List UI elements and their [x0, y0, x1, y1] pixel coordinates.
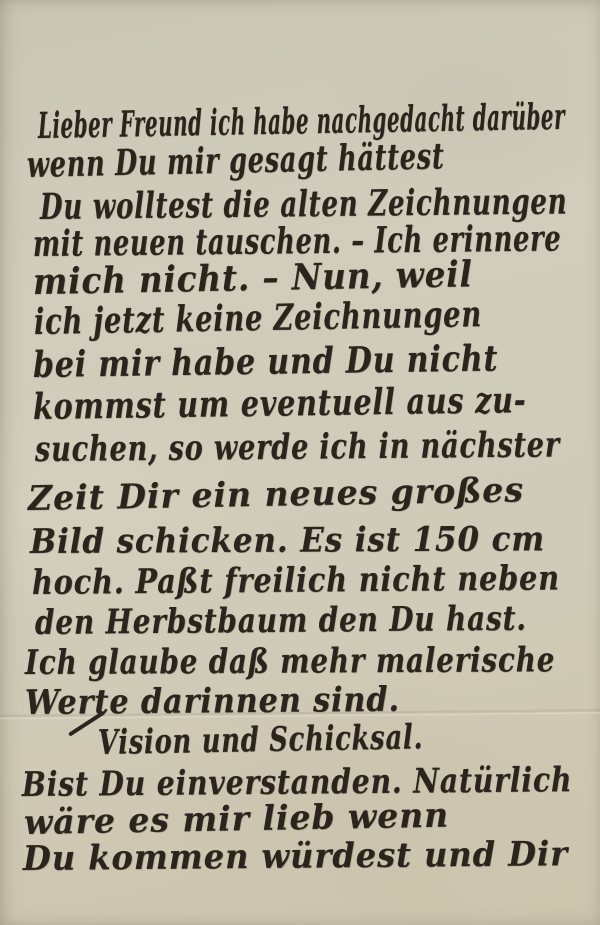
letter-line-05: mich nicht. – Nun, weil — [33, 256, 473, 300]
letter-line-15: Werte darinnen sind. — [25, 683, 400, 720]
letter-line-19: Du kommen würdest und Dir — [23, 837, 568, 876]
letter-line-10: Zeit Dir ein neues großes — [28, 473, 525, 516]
letter-line-02: wenn Du mir gesagt hättest — [26, 138, 444, 183]
letter-line-12: hoch. Paßt freilich nicht neben — [32, 561, 560, 600]
letter-line-18: wäre es mir lieb wenn — [24, 799, 450, 840]
letter-line-14: Ich glaube daß mehr malerische — [25, 643, 555, 680]
letter-line-11: Bild schicken. Es ist 150 cm — [30, 522, 545, 559]
letter-page: Lieber Freund ich habe nachgedacht darüb… — [0, 0, 600, 925]
letter-line-07: bei mir habe und Du nicht — [33, 341, 499, 383]
letter-line-16-title: Vision und Schicksal. — [98, 720, 424, 760]
letter-line-09: suchen, so werde ich in nächster — [35, 427, 560, 467]
letter-line-01: Lieber Freund ich habe nachgedacht darüb… — [38, 99, 566, 144]
letter-line-06: ich jetzt keine Zeichnungen — [34, 296, 483, 340]
letter-line-08: kommst um eventuell aus zu- — [33, 382, 527, 425]
letter-line-17: Bist Du einverstanden. Natürlich — [22, 763, 573, 802]
letter-line-13: den Herbstbaum den Du hast. — [35, 602, 527, 640]
